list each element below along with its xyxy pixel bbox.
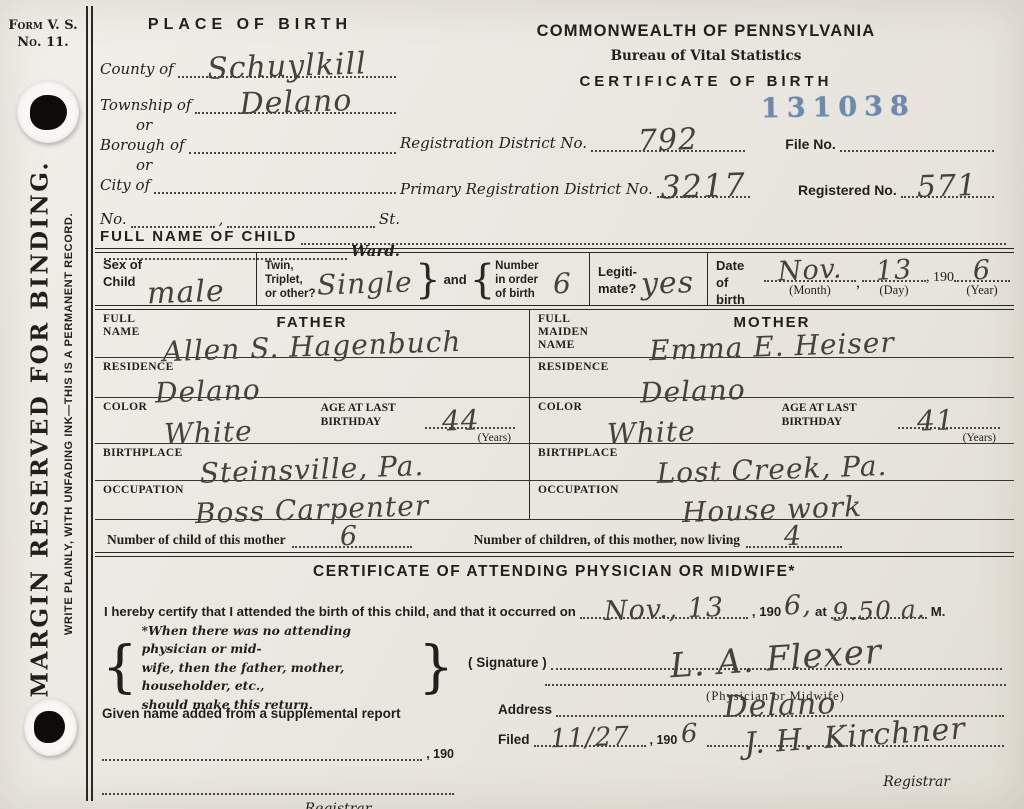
street-row: No. , St.: [100, 210, 400, 228]
date-of-birth-label: Date of birth: [716, 258, 760, 309]
supplemental-date-row: , 190: [102, 747, 454, 761]
street-name-field: [227, 214, 374, 228]
footnote-brace-open-glyph: {: [102, 646, 138, 691]
place-of-birth-section: PLACE OF BIRTH County of Schuylkill Town…: [100, 16, 400, 260]
township-field: Delano: [195, 100, 396, 114]
township-label: Township of: [100, 96, 191, 114]
margin-rule-outer: [86, 6, 88, 801]
city-label: City of: [100, 176, 150, 194]
address-label: Address: [498, 702, 552, 717]
mother-years-caption: (Years): [963, 432, 996, 444]
margin-binding-text: MARGIN RESERVED FOR BINDING.: [27, 178, 54, 698]
child-details-row: Sex of Child male Twin, Triplet, or othe…: [95, 253, 1014, 305]
registration-district-value: 792: [638, 125, 699, 157]
registered-no-value: 571: [917, 171, 978, 203]
certify-date-field: Nov., 13: [580, 605, 748, 619]
supplemental-label: Given name added from a supplemental rep…: [102, 706, 454, 721]
city-field: [154, 180, 396, 194]
signature-value: L. A. Flexer: [669, 635, 883, 684]
full-name-of-child-row: FULL NAME OF CHILD: [100, 228, 1010, 245]
margin-rule-inner: [91, 6, 93, 801]
commonwealth-title: COMMONWEALTH OF PENNSYLVANIA: [400, 22, 1012, 41]
street-no-field: [131, 214, 215, 228]
year-prefix: , 190: [926, 270, 954, 286]
mother-color-row: COLOR White AGE AT LAST BIRTHDAY 41 (Yea…: [530, 398, 1014, 444]
certify-time-field: 9.50 a.: [831, 605, 927, 619]
birth-certificate-scan: Form V. S. No. 11. MARGIN RESERVED FOR B…: [0, 0, 1024, 809]
place-of-birth-title: PLACE OF BIRTH: [100, 16, 400, 34]
mother-residence-row: RESIDENCE Delano: [530, 358, 1014, 398]
child-number-field: 6: [292, 536, 412, 548]
order-of-birth-value: 6: [552, 270, 572, 299]
borough-row: Borough of: [100, 136, 400, 154]
brace-close-glyph: }: [415, 262, 440, 298]
file-no-field: [840, 138, 994, 152]
birth-day-value: 13: [875, 256, 913, 285]
birth-day-column: 13 (Day): [862, 258, 926, 298]
legitimate-cell: Legiti- mate? yes: [590, 253, 708, 305]
street-comma: ,: [219, 210, 224, 228]
filed-year-prefix: , 190: [650, 733, 678, 747]
supplemental-report-block: Given name added from a supplemental rep…: [102, 706, 454, 809]
borough-field: [189, 140, 396, 154]
father-years-caption: (Years): [478, 432, 511, 444]
sex-cell: Sex of Child male: [95, 253, 257, 305]
mother-age-label: AGE AT LAST BIRTHDAY: [782, 402, 857, 430]
double-rule-bottom: [95, 552, 1014, 557]
registered-no-label: Registered No.: [798, 182, 897, 198]
father-birthplace-row: BIRTHPLACE Steinsville, Pa.: [95, 444, 529, 481]
certify-month-day-value: Nov., 13: [603, 594, 724, 625]
certify-at-label: at: [815, 604, 827, 619]
margin-write-plainly-text: WRITE PLAINLY, WITH UNFADING INK—THIS IS…: [63, 152, 75, 696]
child-number-label: Number of child of this mother: [107, 532, 286, 548]
filed-row: Filed 11/27 , 190 6 J. H. Kirchner: [498, 721, 1008, 747]
physician-section-title: CERTIFICATE OF ATTENDING PHYSICIAN OR MI…: [95, 563, 1014, 581]
twin-value: Single: [317, 268, 414, 299]
father-residence-row: RESIDENCE Delano: [95, 358, 529, 398]
filed-label: Filed: [498, 732, 530, 747]
county-label: County of: [100, 60, 174, 78]
brace-open-glyph: {: [470, 262, 495, 298]
registration-district-field: 792: [591, 138, 745, 152]
father-column: FULL NAME FATHER Allen S. Hagenbuch RESI…: [95, 310, 530, 519]
township-row: Township of Delano: [100, 96, 400, 114]
signature-field: L. A. Flexer: [551, 656, 1002, 670]
legitimate-value: yes: [640, 268, 694, 300]
birth-month-field: Nov.: [764, 258, 856, 282]
certificate-title: CERTIFICATE OF BIRTH: [400, 73, 1012, 90]
commonwealth-header: COMMONWEALTH OF PENNSYLVANIA Bureau of V…: [400, 22, 1012, 90]
father-name-row: FULL NAME FATHER Allen S. Hagenbuch: [95, 310, 529, 358]
certify-time-value: 9.50 a.: [832, 596, 926, 624]
registration-district-label: Registration District No.: [400, 134, 587, 152]
parents-table: FULL NAME FATHER Allen S. Hagenbuch RESI…: [95, 310, 1014, 520]
certify-text: I hereby certify that I attended the bir…: [104, 604, 576, 619]
date-of-birth-cell: Date of birth Nov. (Month) , 13 (Day) , …: [708, 253, 1014, 305]
city-row: City of: [100, 176, 400, 194]
birth-month-value: Nov.: [777, 255, 843, 285]
full-name-of-child-label: FULL NAME OF CHILD: [100, 228, 297, 245]
bureau-subtitle: Bureau of Vital Statistics: [400, 48, 1012, 64]
supplemental-date-field: [102, 747, 422, 761]
twin-order-cell: Twin, Triplet, or other? Single } and { …: [257, 253, 590, 305]
primary-registration-value: 3217: [660, 169, 747, 204]
serial-number-stamp: 131038: [761, 91, 916, 125]
full-name-of-child-field: [301, 231, 1006, 245]
mother-age-value: 41: [917, 406, 956, 435]
borough-label: Borough of: [100, 136, 185, 154]
registered-no-field: 571: [901, 184, 994, 198]
file-no-label: File No.: [785, 136, 836, 152]
birth-year-field: 6: [954, 258, 1010, 282]
county-field: Schuylkill: [178, 64, 396, 78]
county-row: County of Schuylkill: [100, 60, 400, 78]
signature-row: ( Signature ) L. A. Flexer: [468, 630, 1006, 670]
or-text-2: or: [136, 156, 400, 174]
twin-label: Twin, Triplet, or other?: [265, 259, 315, 301]
primary-registration-row: Primary Registration District No. 3217 R…: [400, 180, 998, 198]
township-value: Delano: [239, 86, 353, 120]
child-number-value: 6: [339, 523, 358, 551]
certify-year-prefix: , 190: [752, 604, 781, 619]
birth-year-column: 6 (Year): [954, 258, 1010, 298]
certify-m-label: M.: [931, 604, 946, 619]
birth-year-value: 6: [972, 257, 992, 285]
street-no-label: No.: [100, 210, 127, 228]
legitimate-label: Legiti- mate?: [598, 264, 637, 298]
street-label: St.: [379, 210, 400, 228]
birth-month-column: Nov. (Month): [764, 258, 856, 298]
father-color-row: COLOR White AGE AT LAST BIRTHDAY 44 (Yea…: [95, 398, 529, 444]
birth-day-field: 13: [862, 258, 926, 282]
registration-district-row: Registration District No. 792 File No.: [400, 134, 998, 152]
dob-comma: ,: [856, 274, 860, 292]
county-value: Schuylkill: [207, 49, 367, 85]
order-of-birth-label: Number in order of birth: [495, 259, 538, 301]
certify-statement-row: I hereby certify that I attended the bir…: [104, 592, 1008, 619]
mother-birthplace-row: BIRTHPLACE Lost Creek, Pa.: [530, 444, 1014, 481]
registrar-signature-field: J. H. Kirchner: [707, 733, 1004, 747]
footnote-text: *When there was no attending physician o…: [138, 622, 419, 714]
mother-column: FULL MAIDEN NAME MOTHER Emma E. Heiser R…: [530, 310, 1014, 519]
certify-year-digit: 6,: [784, 592, 813, 620]
children-living-label: Number of children, of this mother, now …: [474, 532, 740, 548]
registrar-left-line: [102, 791, 454, 795]
signature-label: ( Signature ): [468, 655, 547, 670]
footnote-brace-close-glyph: }: [418, 646, 454, 691]
filed-year-digit: 6: [681, 721, 699, 748]
filed-date-value: 11/27: [549, 724, 630, 753]
primary-registration-label: Primary Registration District No.: [400, 180, 653, 198]
children-living-value: 4: [784, 523, 803, 551]
children-counts-row: Number of child of this mother 6 Number …: [95, 520, 1014, 552]
and-label: and: [444, 272, 467, 289]
mother-name-row: FULL MAIDEN NAME MOTHER Emma E. Heiser: [530, 310, 1014, 358]
form-number: Form V. S. No. 11.: [2, 18, 84, 52]
children-living-field: 4: [746, 536, 842, 548]
father-age-value: 44: [442, 406, 481, 435]
registrar-left-caption: Registrar: [102, 801, 454, 809]
father-age-label: AGE AT LAST BIRTHDAY: [321, 402, 396, 430]
primary-registration-field: 3217: [657, 184, 750, 198]
filed-date-field: 11/27: [534, 733, 646, 747]
registrar-right-caption: Registrar: [883, 774, 950, 790]
supplemental-year-prefix: , 190: [426, 747, 454, 761]
filing-block: Address Delano Filed 11/27 , 190 6 J. H.…: [498, 698, 1008, 747]
mother-occupation-row: OCCUPATION House work: [530, 481, 1014, 520]
father-occupation-row: OCCUPATION Boss Carpenter: [95, 481, 529, 520]
address-value: Delano: [723, 689, 837, 723]
footnote-block: { *When there was no attending physician…: [102, 622, 454, 714]
